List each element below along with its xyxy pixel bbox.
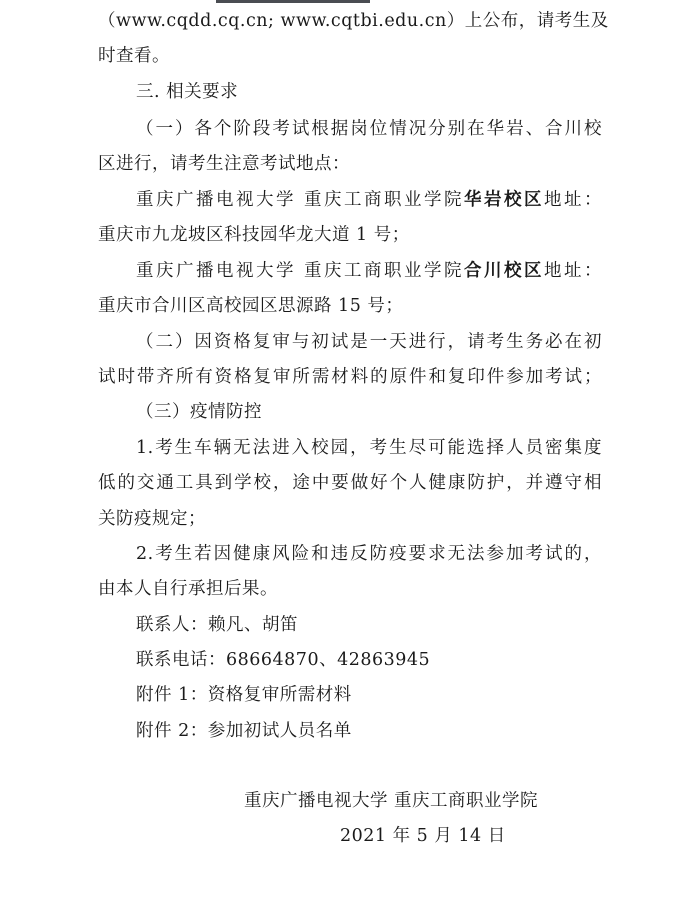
contact-person: 联系人：赖凡、胡笛 [136,613,298,637]
campus-address-label: 重庆广播电视大学 重庆工商职业学院华岩校区地址： [136,188,602,212]
address-label: 地址： [544,261,602,281]
document-page: （www.cqdd.cq.cn; www.cqtbi.edu.cn）上公布，请考… [0,0,678,917]
campus-name-hechuan: 合川校区 [464,261,544,281]
signature-organization: 重庆广播电视大学 重庆工商职业学院 [244,789,538,813]
paragraph-line: 2.考生若因健康风险和违反防疫要求无法参加考试的， [136,542,602,566]
paragraph-line: （一）各个阶段考试根据岗位情况分别在华岩、合川校 [136,117,602,141]
paragraph-line: 由本人自行承担后果。 [98,577,278,601]
paragraph-line: 区进行，请考生注意考试地点： [98,152,350,176]
paragraph-line: （二）因资格复审与初试是一天进行，请考生务必在初 [136,330,602,354]
contact-phone: 联系电话：68664870、42863945 [136,648,430,672]
institution-name: 重庆广播电视大学 重庆工商职业学院 [136,261,464,281]
paragraph-line: 1.考生车辆无法进入校园，考生尽可能选择人员密集度 [136,436,602,460]
campus-address: 重庆市九龙坡区科技园华龙大道 1 号； [98,223,410,247]
campus-address-label: 重庆广播电视大学 重庆工商职业学院合川校区地址： [136,259,602,283]
paragraph-line: 低的交通工具到学校，途中要做好个人健康防护，并遵守相 [98,471,602,495]
institution-name: 重庆广播电视大学 重庆工商职业学院 [136,190,464,210]
paragraph-line: 关防疫规定； [98,507,206,531]
section-heading: 三. 相关要求 [136,80,238,104]
paragraph-line: 试时带齐所有资格复审所需材料的原件和复印件参加考试； [98,365,602,389]
paragraph-line: （www.cqdd.cq.cn; www.cqtbi.edu.cn）上公布，请考… [98,9,602,33]
attachment-2: 附件 2：参加初试人员名单 [136,719,352,743]
campus-address: 重庆市合川区高校园区思源路 15 号； [98,294,403,318]
signature-date: 2021 年 5 月 14 日 [340,824,506,848]
campus-name-huayan: 华岩校区 [464,190,544,210]
address-label: 地址： [544,190,602,210]
subsection-heading: （三）疫情防控 [136,400,262,424]
attachment-1: 附件 1：资格复审所需材料 [136,683,352,707]
paragraph-line: 时查看。 [98,44,170,68]
